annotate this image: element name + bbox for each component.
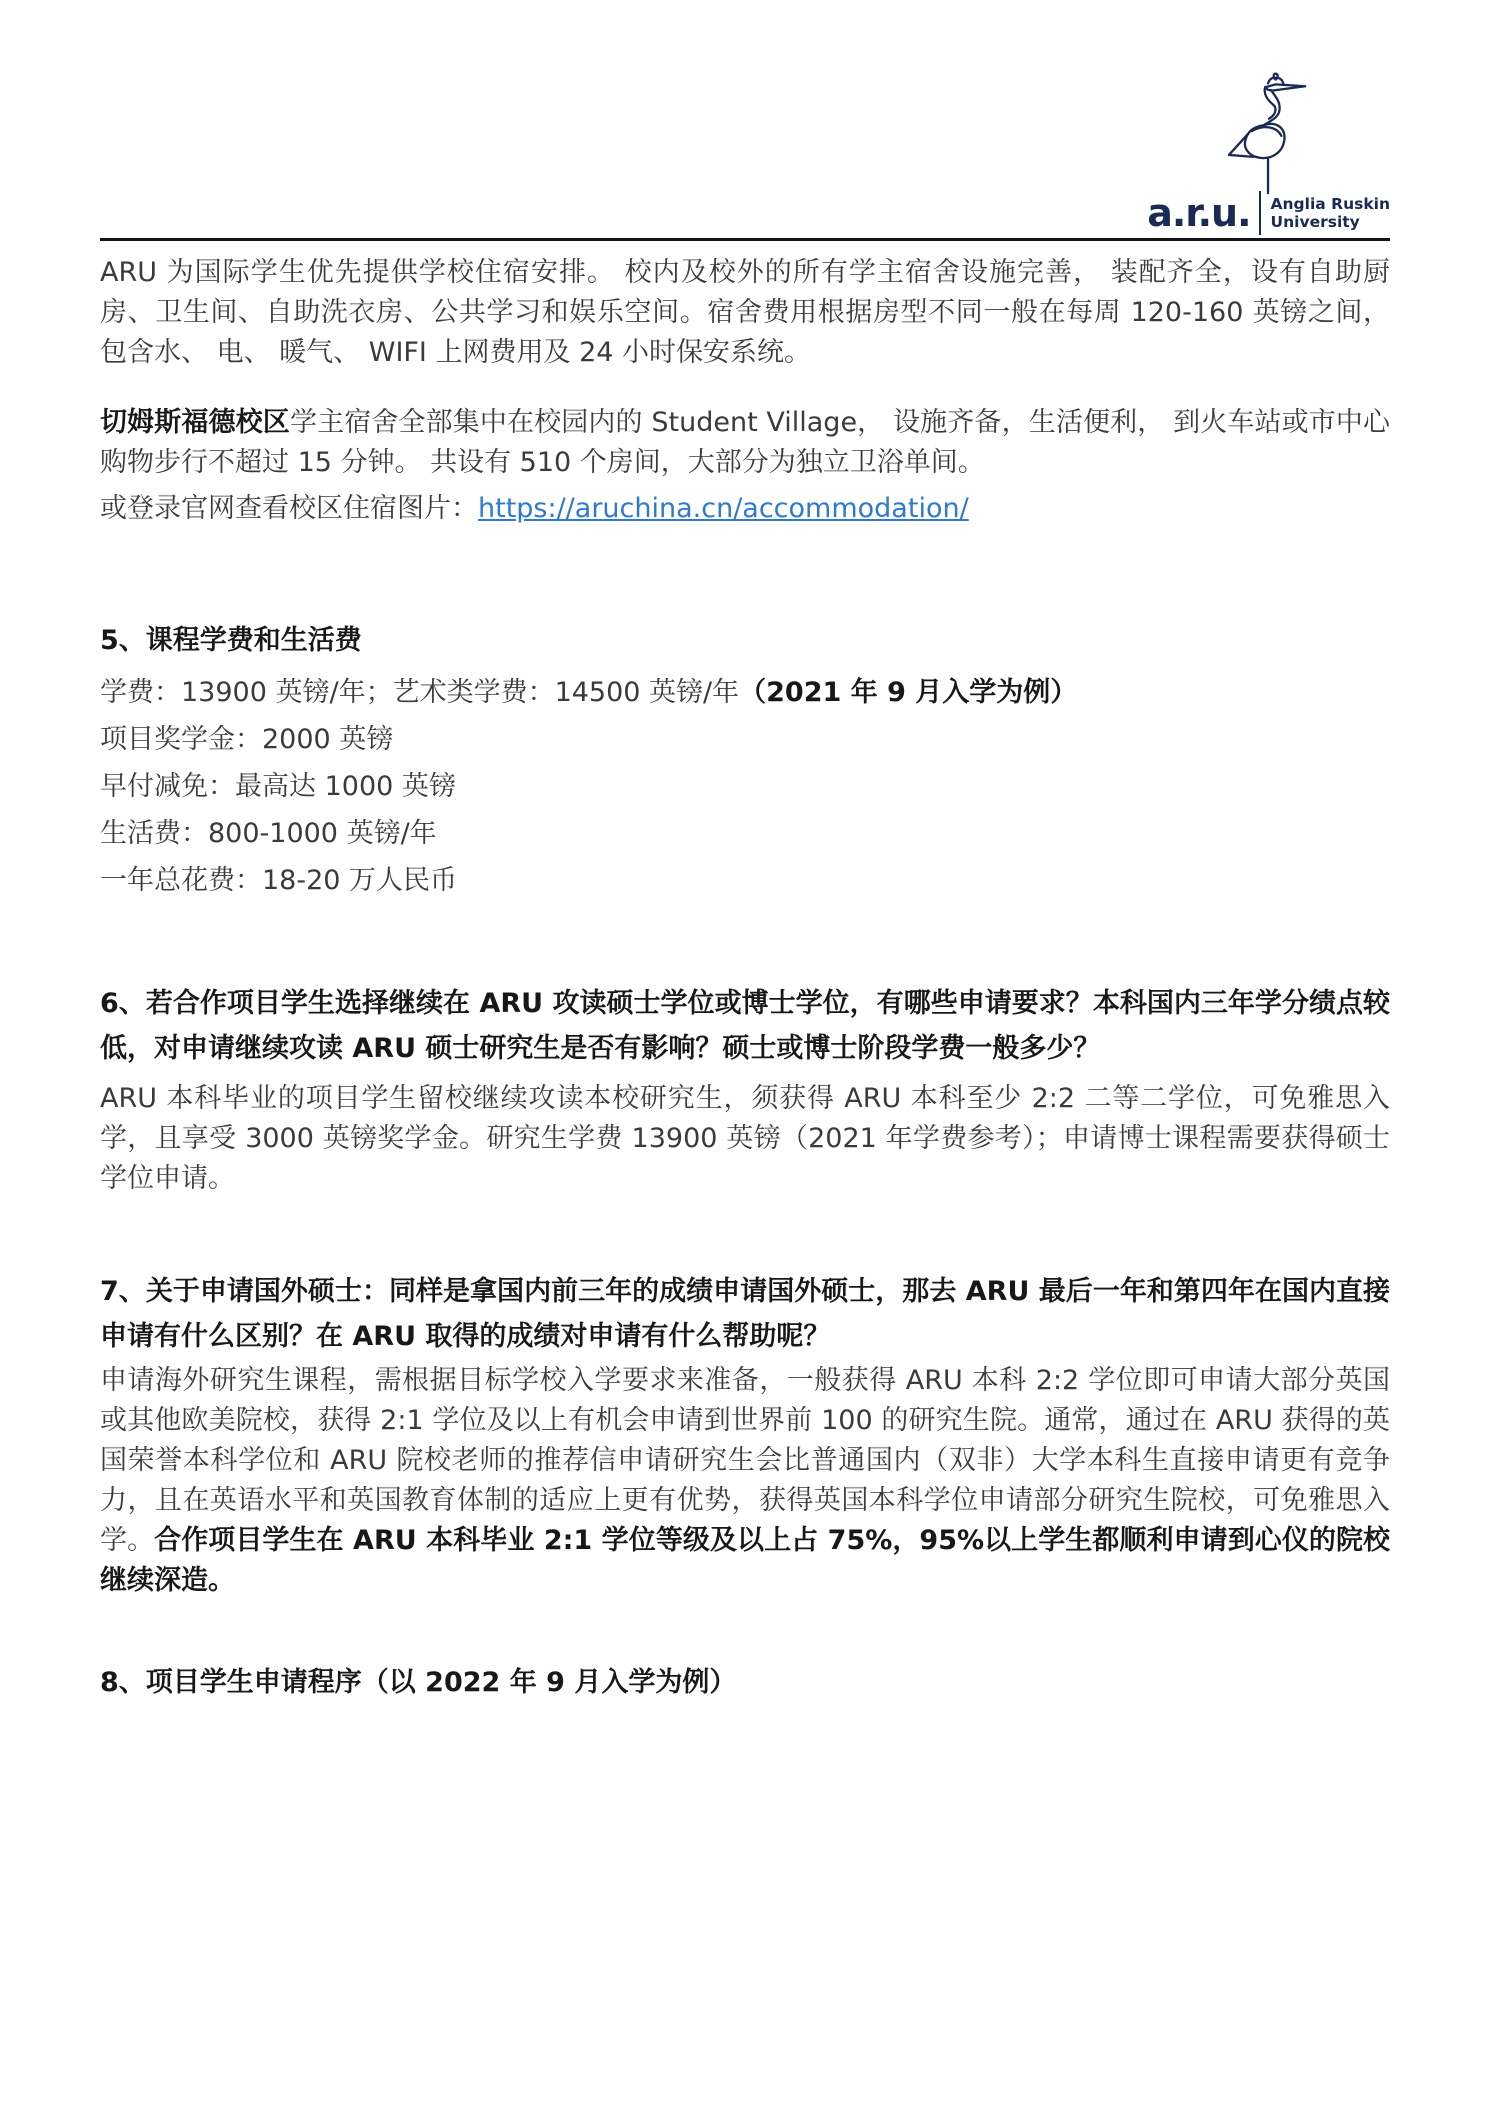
- aru-logo: a.r.u. Anglia Ruskin University: [1147, 71, 1390, 235]
- campus-name: 切姆斯福德校区: [100, 407, 290, 438]
- org-name-line1: Anglia Ruskin: [1271, 195, 1390, 213]
- crowned-heron-icon: [1219, 71, 1319, 195]
- page-header: a.r.u. Anglia Ruskin University: [100, 0, 1390, 241]
- intro-text: ARU 为国际学生优先提供学校住宿安排。 校内及校外的所有学主宿舍设施完善， 装…: [100, 257, 1390, 368]
- living-cost-line: 生活费：800-1000 英镑/年: [100, 814, 1390, 854]
- section-7-body-bold: 合作项目学生在 ARU 本科毕业 2:1 学位等级及以上占 75%，95%以上学…: [100, 1525, 1390, 1596]
- document-page: { "colors": { "navy": "#1b2a55", "link_b…: [0, 0, 1489, 2105]
- tuition-text: 学费：13900 英镑/年；艺术类学费：14500 英镑/年: [100, 677, 739, 708]
- org-name-line2: University: [1271, 213, 1390, 231]
- photos-label: 或登录官网查看校区住宿图片：: [100, 493, 478, 524]
- early-discount-line: 早付减免：最高达 1000 英镑: [100, 767, 1390, 807]
- photos-line: 或登录官网查看校区住宿图片：https://aruchina.cn/accomm…: [100, 489, 1390, 529]
- scholarship-line: 项目奖学金：2000 英镑: [100, 720, 1390, 760]
- section-6-title: 6、若合作项目学生选择继续在 ARU 攻读硕士学位或博士学位，有哪些申请要求？本…: [100, 981, 1390, 1071]
- tuition-note-bold: （2021 年 9 月入学为例）: [739, 677, 1077, 708]
- campus-text: 学主宿舍全部集中在校园内的 Student Village， 设施齐备，生活便利…: [100, 407, 1390, 478]
- section-8-title: 8、项目学生申请程序（以 2022 年 9 月入学为例）: [100, 1663, 1390, 1703]
- accommodation-link[interactable]: https://aruchina.cn/accommodation/: [478, 493, 969, 524]
- tuition-line: 学费：13900 英镑/年；艺术类学费：14500 英镑/年（2021 年 9 …: [100, 673, 1390, 713]
- section-7-body: 申请海外研究生课程，需根据目标学校入学要求来准备，一般获得 ARU 本科 2:2…: [100, 1361, 1390, 1601]
- logo-divider: [1259, 191, 1261, 235]
- page-content: a.r.u. Anglia Ruskin University ARU 为国际学…: [100, 0, 1390, 1703]
- org-name: Anglia Ruskin University: [1271, 195, 1390, 231]
- brand-text: a.r.u.: [1147, 193, 1250, 233]
- intro-paragraph: ARU 为国际学生优先提供学校住宿安排。 校内及校外的所有学主宿舍设施完善， 装…: [100, 253, 1390, 373]
- total-cost-line: 一年总花费：18-20 万人民币: [100, 861, 1390, 901]
- section-5-title: 5、课程学费和生活费: [100, 621, 1390, 661]
- logo-wordmark: a.r.u. Anglia Ruskin University: [1147, 191, 1390, 235]
- section-7-title: 7、关于申请国外硕士：同样是拿国内前三年的成绩申请国外硕士，那去 ARU 最后一…: [100, 1269, 1390, 1359]
- section-6-body: ARU 本科毕业的项目学生留校继续攻读本校研究生，须获得 ARU 本科至少 2:…: [100, 1079, 1390, 1199]
- campus-paragraph: 切姆斯福德校区学主宿舍全部集中在校园内的 Student Village， 设施…: [100, 403, 1390, 483]
